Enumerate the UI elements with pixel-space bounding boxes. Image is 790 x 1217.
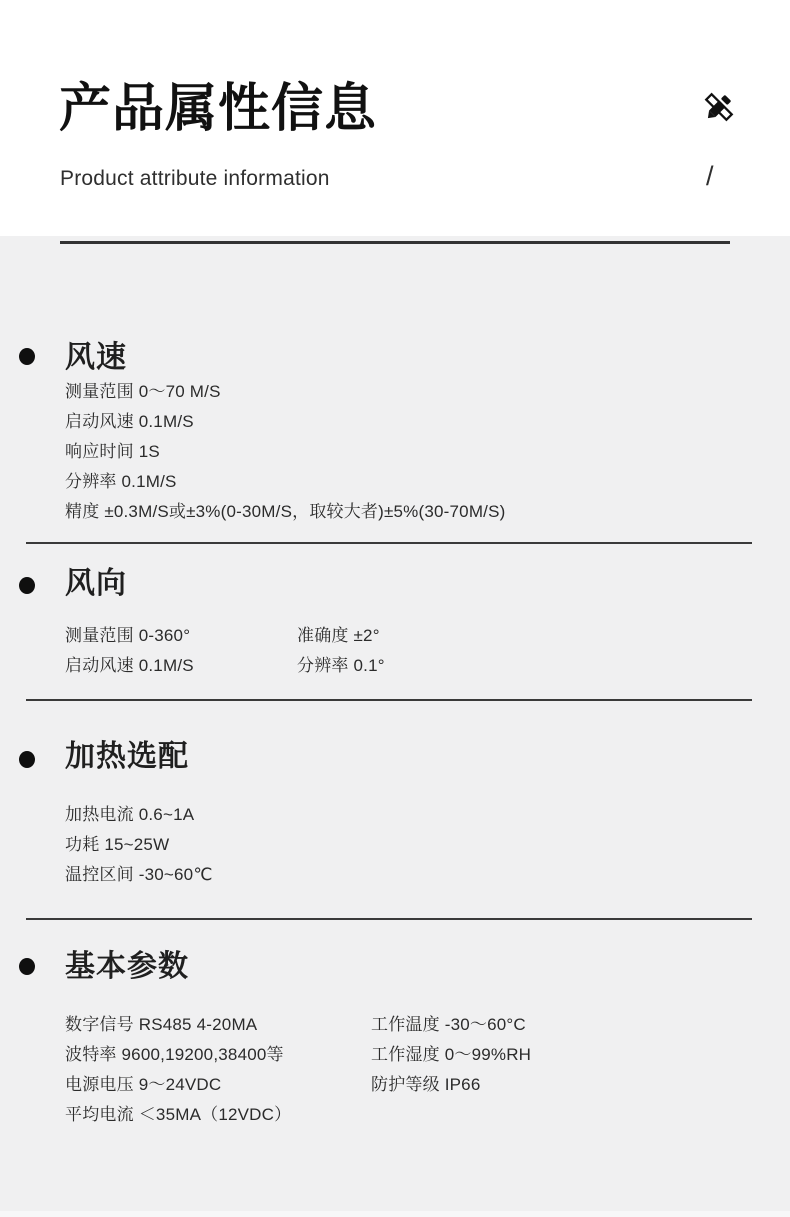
spec-line: 电源电压 9～24VDC (65, 1070, 291, 1100)
spec-line: 分辨率 0.1M/S (65, 467, 506, 497)
section-divider (26, 542, 752, 544)
spec-line: 测量范围 0-360° (65, 621, 194, 651)
spec-line: 工作湿度 0～99%RH (371, 1040, 531, 1070)
product-attribute-sheet: 产品属性信息 Product attribute information / 风… (0, 0, 790, 1217)
wind-speed-specs: 测量范围 0～70 M/S 启动风速 0.1M/S 响应时间 1S 分辨率 0.… (65, 377, 506, 527)
spec-line: 分辨率 0.1° (297, 651, 385, 681)
spec-line: 测量范围 0～70 M/S (65, 377, 506, 407)
spec-line: 平均电流 ＜35MA（12VDC） (65, 1100, 291, 1130)
spec-line: 波特率 9600,19200,38400等 (65, 1040, 291, 1070)
section-divider (26, 918, 752, 920)
spec-line: 数字信号 RS485 4-20MA (65, 1010, 291, 1040)
section-title-wind-direction: 风向 (65, 569, 127, 599)
page-subtitle: Product attribute information (60, 167, 330, 191)
bullet-icon (19, 577, 35, 594)
basic-parameters-right: 工作温度 -30～60°C 工作湿度 0～99%RH 防护等级 IP66 (371, 1010, 531, 1100)
wind-direction-specs-right: 准确度 ±2° 分辨率 0.1° (297, 621, 385, 681)
bottom-edge-strip (0, 1211, 790, 1217)
spec-line: 精度 ±0.3M/S或±3%(0-30M/S，取较大者)±5%(30-70M/S… (65, 497, 506, 527)
wind-direction-specs-left: 测量范围 0-360° 启动风速 0.1M/S (65, 621, 194, 681)
section-title-wind-speed: 风速 (65, 343, 127, 373)
section-title-basic-parameters: 基本参数 (65, 952, 189, 982)
spec-line: 防护等级 IP66 (371, 1070, 531, 1100)
bullet-icon (19, 348, 35, 365)
spec-line: 工作温度 -30～60°C (371, 1010, 531, 1040)
spec-line: 启动风速 0.1M/S (65, 651, 194, 681)
bullet-icon (19, 751, 35, 768)
section-divider (26, 699, 752, 701)
basic-parameters-left: 数字信号 RS485 4-20MA 波特率 9600,19200,38400等 … (65, 1010, 291, 1130)
heating-specs: 加热电流 0.6~1A 功耗 15~25W 温控区间 -30~60℃ (65, 800, 213, 890)
spec-line: 响应时间 1S (65, 437, 506, 467)
spec-line: 温控区间 -30~60℃ (65, 860, 213, 890)
spec-line: 启动风速 0.1M/S (65, 407, 506, 437)
bullet-icon (19, 958, 35, 975)
header-divider (60, 241, 730, 244)
decorative-slash: / (706, 161, 714, 192)
spec-line: 准确度 ±2° (297, 621, 385, 651)
spec-line: 功耗 15~25W (65, 830, 213, 860)
page-title: 产品属性信息 (59, 80, 377, 140)
spec-line: 加热电流 0.6~1A (65, 800, 213, 830)
pencil-ruler-icon (700, 88, 738, 126)
section-title-heating-option: 加热选配 (65, 742, 189, 772)
